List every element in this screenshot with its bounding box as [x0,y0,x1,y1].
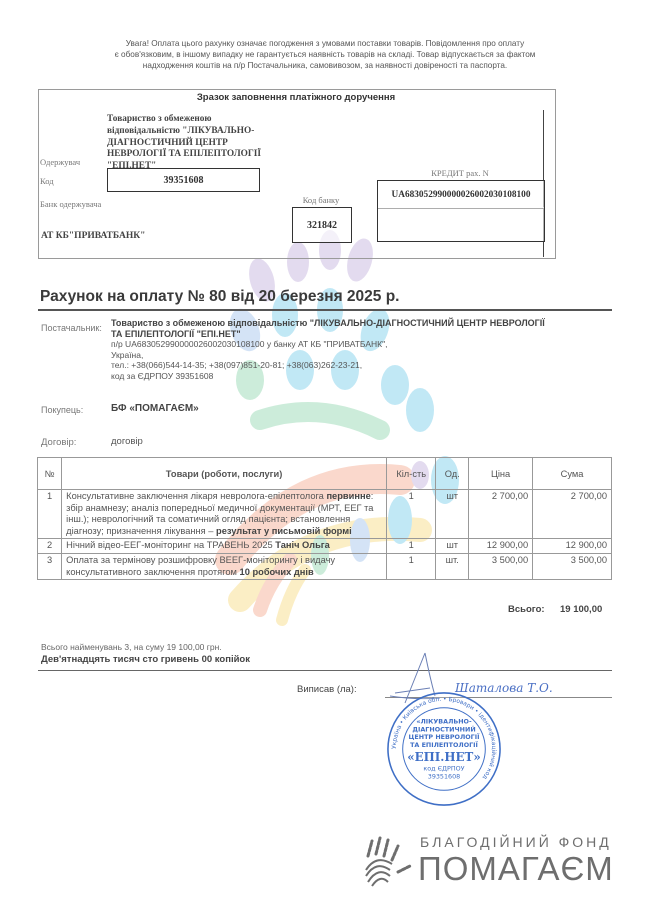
recipient-label: Одержувач [40,157,80,167]
supplier-name: ТА ЕПІЛЕПТОЛОГІЇ "ЕПІ.НЕТ" [111,329,611,340]
row-unit: шт [436,490,469,539]
supplier-account: п/р UA683052990000026002030108100 у банк… [111,339,611,350]
credit-account-box: UA683052990000026002030108100 [377,180,545,209]
buyer-name: БФ «ПОМАГАЄМ» [111,403,199,414]
brand-name: ПОМАГАЄМ [418,850,614,888]
row-description: Оплата за термінову розшифровку ВЕЕГ-мон… [62,553,387,579]
desc-bold: 10 робочих днів [240,567,314,577]
desc-text: Консультативне заключення лікаря невроло… [66,491,326,501]
code-label: Код [40,176,54,186]
total-value: 19 100,00 [560,604,602,615]
bank-code-box: 321842 [292,207,352,243]
desc-bold: Таніч Ольга [275,540,330,550]
row-sum: 12 900,00 [533,539,612,554]
supplier-phones: тел.: +38(066)544-14-35; +38(097)851-20-… [111,360,611,371]
col-price: Ціна [469,458,533,490]
hand-print-icon [362,836,414,890]
row-description: Нічний відео-ЕЕГ-моніторинг на ТРАВЕНЬ 2… [62,539,387,554]
total-label: Всього: [508,604,545,615]
recipient-name-line: НЕВРОЛОГІЇ ТА ЕПІЛЕПТОЛОГІЇ [107,149,287,161]
col-goods: Товари (роботи, послуги) [62,458,387,490]
svg-text:код ЄДРПОУ: код ЄДРПОУ [423,765,464,773]
divider [38,670,612,671]
svg-text:«ЛІКУВАЛЬНО-: «ЛІКУВАЛЬНО- [416,717,472,725]
buyer-label: Покупець: [41,405,83,415]
bank-name: АТ КБ"ПРИВАТБАНК" [41,231,145,241]
bank-code-label: Код банку [292,195,350,205]
payment-order-title: Зразок заповнення платіжного доручення [38,92,554,103]
supplier-details: Товариство з обмеженою відповідальністю … [111,318,611,381]
col-sum: Сума [533,458,612,490]
invoice-title: Рахунок на оплату № 80 від 20 березня 20… [40,288,400,306]
row-num: 1 [38,490,62,539]
payment-notice: Увага! Оплата цього рахунку означає пого… [90,38,560,71]
contract-value: договір [111,436,143,447]
row-sum: 3 500,00 [533,553,612,579]
row-sum: 2 700,00 [533,490,612,539]
col-qty: Кіл-сть [387,458,436,490]
recipient-name-line: Товариство з обмеженою [107,114,287,126]
table-row: 1 Консультативне заключення лікаря невро… [38,490,612,539]
row-price: 3 500,00 [469,553,533,579]
svg-text:«ЕПІ.НЕТ»: «ЕПІ.НЕТ» [407,750,480,764]
contract-label: Договір: [41,437,76,448]
row-qty: 1 [387,490,436,539]
row-unit: шт. [436,553,469,579]
row-num: 2 [38,539,62,554]
notice-line: Увага! Оплата цього рахунку означає пого… [90,38,560,49]
items-table: № Товари (роботи, послуги) Кіл-сть Од. Ц… [37,457,612,580]
row-price: 12 900,00 [469,539,533,554]
recipient-name: Товариство з обмеженою відповідальністю … [107,114,287,173]
bank-label: Банк одержувача [40,199,101,209]
code-box: 39351608 [107,168,260,192]
row-qty: 1 [387,539,436,554]
table-row: 3 Оплата за термінову розшифровку ВЕЕГ-м… [38,553,612,579]
amount-in-words: Дев'ятнадцять тисяч сто гривень 00 копій… [41,654,250,665]
desc-bold: первинне [326,491,370,501]
credit-account-label: КРЕДИТ рах. N [377,168,543,178]
supplier-name: Товариство з обмеженою відповідальністю … [111,318,611,329]
supplier-country: Україна, [111,350,611,361]
brand-subtitle: БЛАГОДІЙНИЙ ФОНД [420,834,612,850]
row-price: 2 700,00 [469,490,533,539]
supplier-edrpou: код за ЄДРПОУ 39351608 [111,371,611,382]
desc-text: Нічний відео-ЕЕГ-моніторинг на ТРАВЕНЬ 2… [66,540,275,550]
title-divider [38,309,612,311]
svg-text:ТА ЕПІЛЕПТОЛОГІЇ: ТА ЕПІЛЕПТОЛОГІЇ [410,740,478,749]
issued-by-label: Виписав (ла): [297,684,357,695]
credit-account-empty-box [377,207,545,242]
recipient-name-line: відповідальністю "ЛІКУВАЛЬНО- [107,126,287,138]
svg-text:ЦЕНТР НЕВРОЛОГІЇ: ЦЕНТР НЕВРОЛОГІЇ [408,732,480,741]
desc-bold: результат у письмовій формі [216,526,352,536]
notice-line: надходження коштів на п/р Постачальника,… [90,60,560,71]
notice-line: є обов'язковим, в іншому випадку не гара… [90,49,560,60]
supplier-label: Постачальник: [41,323,102,333]
svg-text:ДІАГНОСТИЧНИЙ: ДІАГНОСТИЧНИЙ [412,724,475,733]
recipient-name-line: ДІАГНОСТИЧНИЙ ЦЕНТР [107,138,287,150]
table-header-row: № Товари (роботи, послуги) Кіл-сть Од. Ц… [38,458,612,490]
items-count-line: Всього найменувань 3, на суму 19 100,00 … [41,642,222,652]
col-num: № [38,458,62,490]
col-unit: Од. [436,458,469,490]
row-description: Консультативне заключення лікаря невроло… [62,490,387,539]
company-stamp-icon: Україна • Київська обл. • Бровари • іден… [385,690,503,808]
row-qty: 1 [387,553,436,579]
invoice-document: Увага! Оплата цього рахунку означає пого… [0,0,655,900]
table-row: 2 Нічний відео-ЕЕГ-моніторинг на ТРАВЕНЬ… [38,539,612,554]
row-num: 3 [38,553,62,579]
svg-text:39351608: 39351608 [428,773,460,781]
row-unit: шт [436,539,469,554]
